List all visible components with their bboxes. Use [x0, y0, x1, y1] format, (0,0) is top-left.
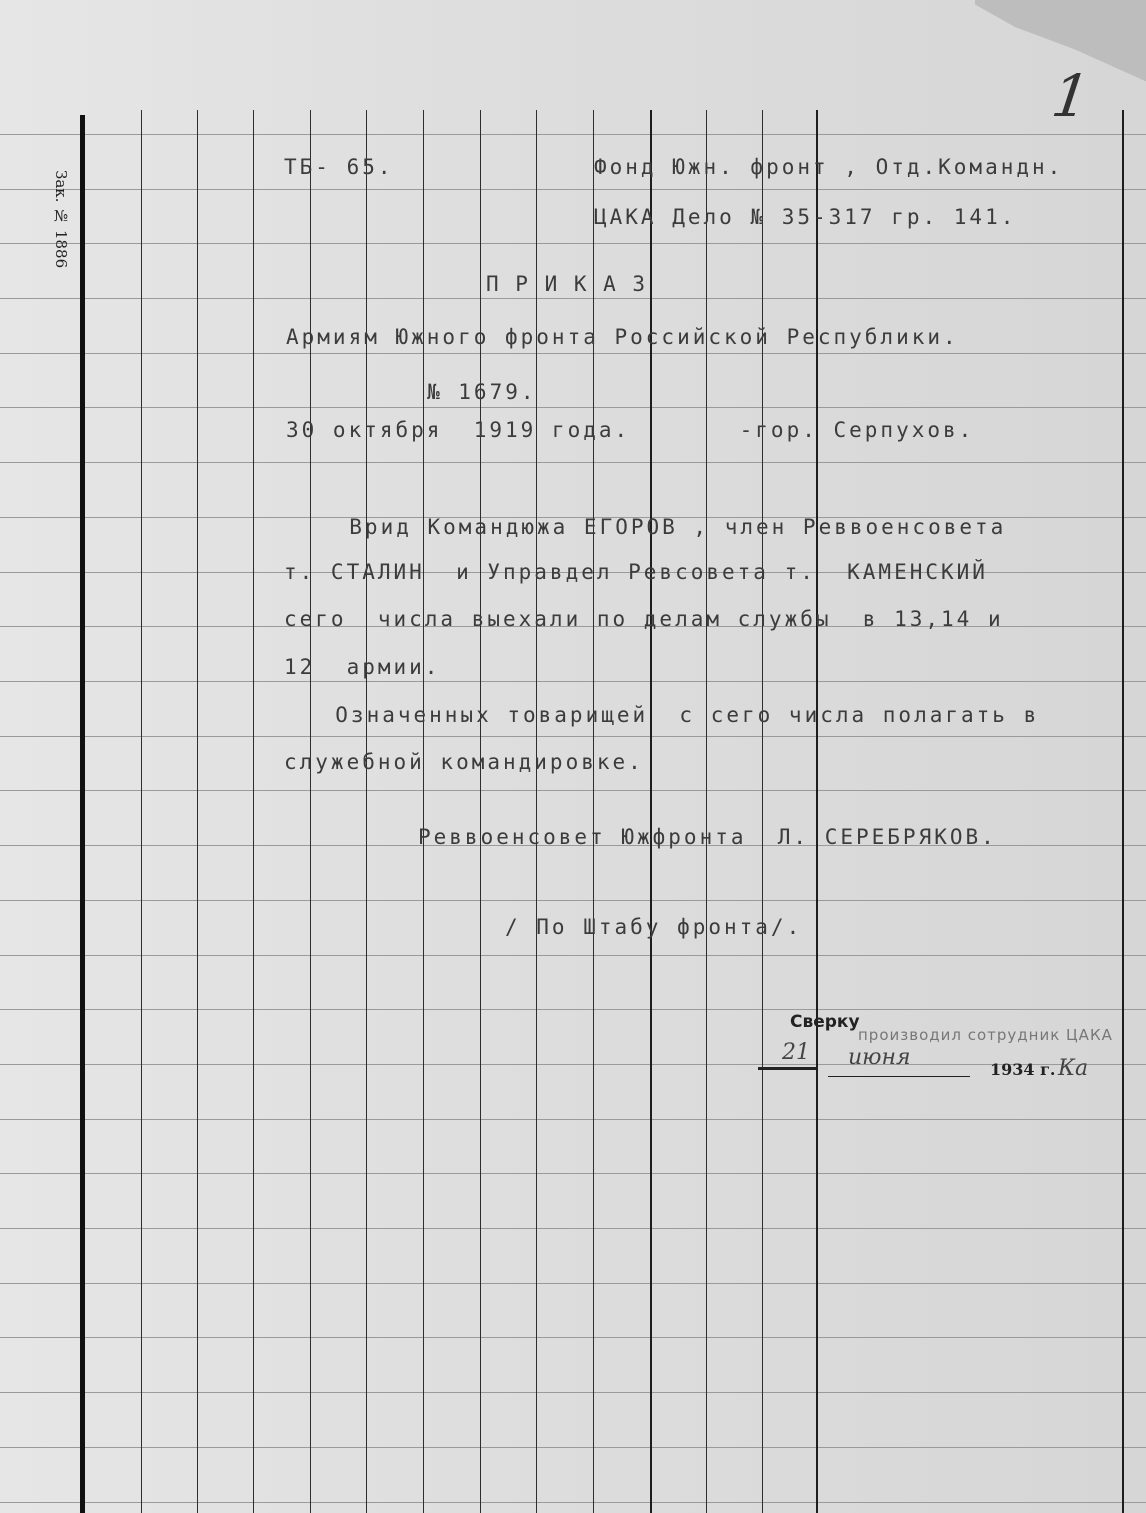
document-subtitle: Армиям Южного фронта Российской Республи…: [286, 325, 959, 349]
column-rule: [253, 110, 254, 1513]
ruled-line: [0, 353, 1146, 354]
ruled-line: [0, 407, 1146, 408]
column-rule: [141, 110, 142, 1513]
ruled-line: [0, 462, 1146, 463]
ruled-line: [0, 1447, 1146, 1448]
fond-line: Фонд Южн. фронт , Отд.Командн.: [594, 155, 1063, 179]
stamp-bold-text: Сверку: [790, 1012, 860, 1032]
stamp-day: 21: [782, 1040, 810, 1065]
body-line: т. СТАЛИН и Управдел Ревсовета т. КАМЕНС…: [284, 560, 988, 584]
ruled-line: [0, 1228, 1146, 1229]
body-line: Означенных товарищей с сего числа полага…: [304, 703, 1039, 727]
ruled-line: [0, 1502, 1146, 1503]
column-rule: [536, 110, 537, 1513]
column-rule: [762, 110, 763, 1513]
signature-line: Реввоенсовет Южфронта Л. СЕРЕБРЯКОВ.: [418, 825, 997, 849]
ruled-line: [0, 189, 1146, 190]
ruled-line: [0, 134, 1146, 135]
document-page: 1 Зак. № 1886 ТБ- 65. Фонд Южн. фронт , …: [0, 0, 1146, 1513]
body-line: служебной командировке.: [284, 750, 644, 774]
ruled-line: [0, 681, 1146, 682]
order-side-note: Зак. № 1886: [52, 170, 70, 268]
column-rule: [650, 110, 652, 1513]
column-rule: [1122, 110, 1124, 1513]
column-rule: [816, 110, 818, 1513]
column-rule: [80, 115, 85, 1513]
document-title: П Р И К А З: [486, 272, 647, 296]
body-line: Врид Командюжа ЕГОРОВ , член Реввоенсове…: [318, 515, 1006, 539]
ruled-line: [0, 1009, 1146, 1010]
ruled-line: [0, 1119, 1146, 1120]
column-rule: [593, 110, 594, 1513]
stamp-month: июня: [848, 1045, 911, 1070]
column-rule: [706, 110, 707, 1513]
column-rule: [310, 110, 311, 1513]
ruled-line: [0, 955, 1146, 956]
column-rule: [423, 110, 424, 1513]
stamp-initials: Ка: [1058, 1056, 1088, 1081]
ruled-line: [0, 1064, 1146, 1065]
ruled-line: [0, 298, 1146, 299]
body-line: 12 армии.: [284, 655, 440, 679]
column-rule: [197, 110, 198, 1513]
page-number: 1: [1041, 62, 1100, 130]
ruled-line: [0, 1173, 1146, 1174]
footer-note: / По Штабу фронта/.: [505, 915, 802, 939]
order-number: № 1679.: [427, 380, 537, 404]
ruled-line: [0, 1283, 1146, 1284]
ruled-line: [0, 1392, 1146, 1393]
stamp-year: 1934 г.: [990, 1060, 1055, 1079]
date-line: 30 октября 1919 года. -гор. Серпухов.: [286, 418, 974, 442]
ruled-line: [0, 900, 1146, 901]
column-rule: [480, 110, 481, 1513]
column-rule: [366, 110, 367, 1513]
archive-code: ТБ- 65.: [284, 155, 394, 179]
ruled-line: [0, 1337, 1146, 1338]
ruled-line: [0, 736, 1146, 737]
ruled-line: [0, 243, 1146, 244]
stamp-underline: [758, 1067, 816, 1070]
case-line: ЦАКА Дело № 35-317 гр. 141.: [594, 205, 1016, 229]
ruled-line: [0, 790, 1146, 791]
stamp-faint-text: производил сотрудник ЦАКА: [858, 1026, 1113, 1044]
body-line: сего числа выехали по делам службы в 13,…: [284, 607, 1004, 631]
stamp-underline: [828, 1076, 970, 1077]
